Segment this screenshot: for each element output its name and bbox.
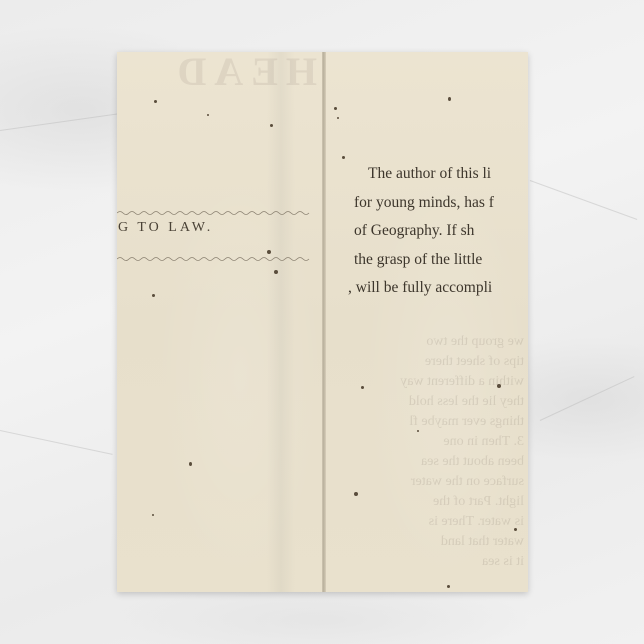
paper-speck bbox=[361, 386, 364, 389]
text-line: , will be fully accompli bbox=[348, 274, 528, 303]
paper-speck bbox=[354, 492, 358, 496]
ghost-line: tips of sheet there bbox=[346, 352, 524, 372]
ghost-line: things ever maybe fl bbox=[346, 412, 524, 432]
paper-speck bbox=[267, 250, 271, 254]
ghost-line: they lie the less hold bbox=[346, 392, 524, 412]
ghost-line: it is sea bbox=[346, 552, 524, 572]
text-line: for young minds, has f bbox=[354, 189, 528, 218]
paper-speck bbox=[154, 100, 157, 103]
paper-speck bbox=[152, 294, 155, 297]
paper-speck bbox=[497, 384, 501, 388]
text-line: of Geography. If sh bbox=[354, 217, 528, 246]
paper-speck bbox=[448, 97, 451, 101]
marble-vein bbox=[0, 430, 113, 455]
paper-speck bbox=[152, 514, 154, 516]
wavy-rule-bottom bbox=[117, 256, 313, 262]
paper-speck bbox=[334, 107, 337, 110]
body-text: The author of this li for young minds, h… bbox=[354, 160, 528, 303]
marble-vein bbox=[530, 180, 637, 220]
text-line: the grasp of the little bbox=[354, 246, 528, 275]
page-shadow bbox=[267, 52, 295, 592]
paper-speck bbox=[447, 585, 450, 588]
paper-speck bbox=[417, 430, 419, 432]
ghost-line: 3. Then in one bbox=[346, 432, 524, 452]
paper-speck bbox=[189, 462, 192, 466]
right-page: The author of this li for young minds, h… bbox=[326, 52, 528, 592]
ghost-line: surface on the water bbox=[346, 472, 524, 492]
paper-speck bbox=[274, 270, 278, 274]
wavy-rule-top bbox=[117, 210, 313, 216]
ghost-line: light. Part of the bbox=[346, 492, 524, 512]
ghost-line: been about the sea bbox=[346, 452, 524, 472]
bleed-through-heading: HEAD bbox=[117, 52, 317, 95]
paper-speck bbox=[337, 117, 339, 119]
ghost-line: within a different way bbox=[346, 372, 524, 392]
postcard: HEAD G TO LAW. The author of this li for… bbox=[117, 52, 528, 592]
text-line: The author of this li bbox=[354, 160, 528, 189]
bleed-through-text: we group the two tips of sheet there wit… bbox=[346, 332, 524, 572]
marble-vein bbox=[540, 376, 635, 421]
ghost-line: is water. There is bbox=[346, 512, 524, 532]
paper-speck bbox=[342, 156, 345, 159]
paper-speck bbox=[270, 124, 273, 127]
marble-vein bbox=[0, 113, 119, 131]
paper-speck bbox=[207, 114, 209, 116]
ghost-line: we group the two bbox=[346, 332, 524, 352]
section-heading: G TO LAW. bbox=[118, 220, 213, 236]
left-page: HEAD G TO LAW. bbox=[117, 52, 322, 592]
ghost-line: water that land bbox=[346, 532, 524, 552]
paper-speck bbox=[514, 528, 517, 531]
